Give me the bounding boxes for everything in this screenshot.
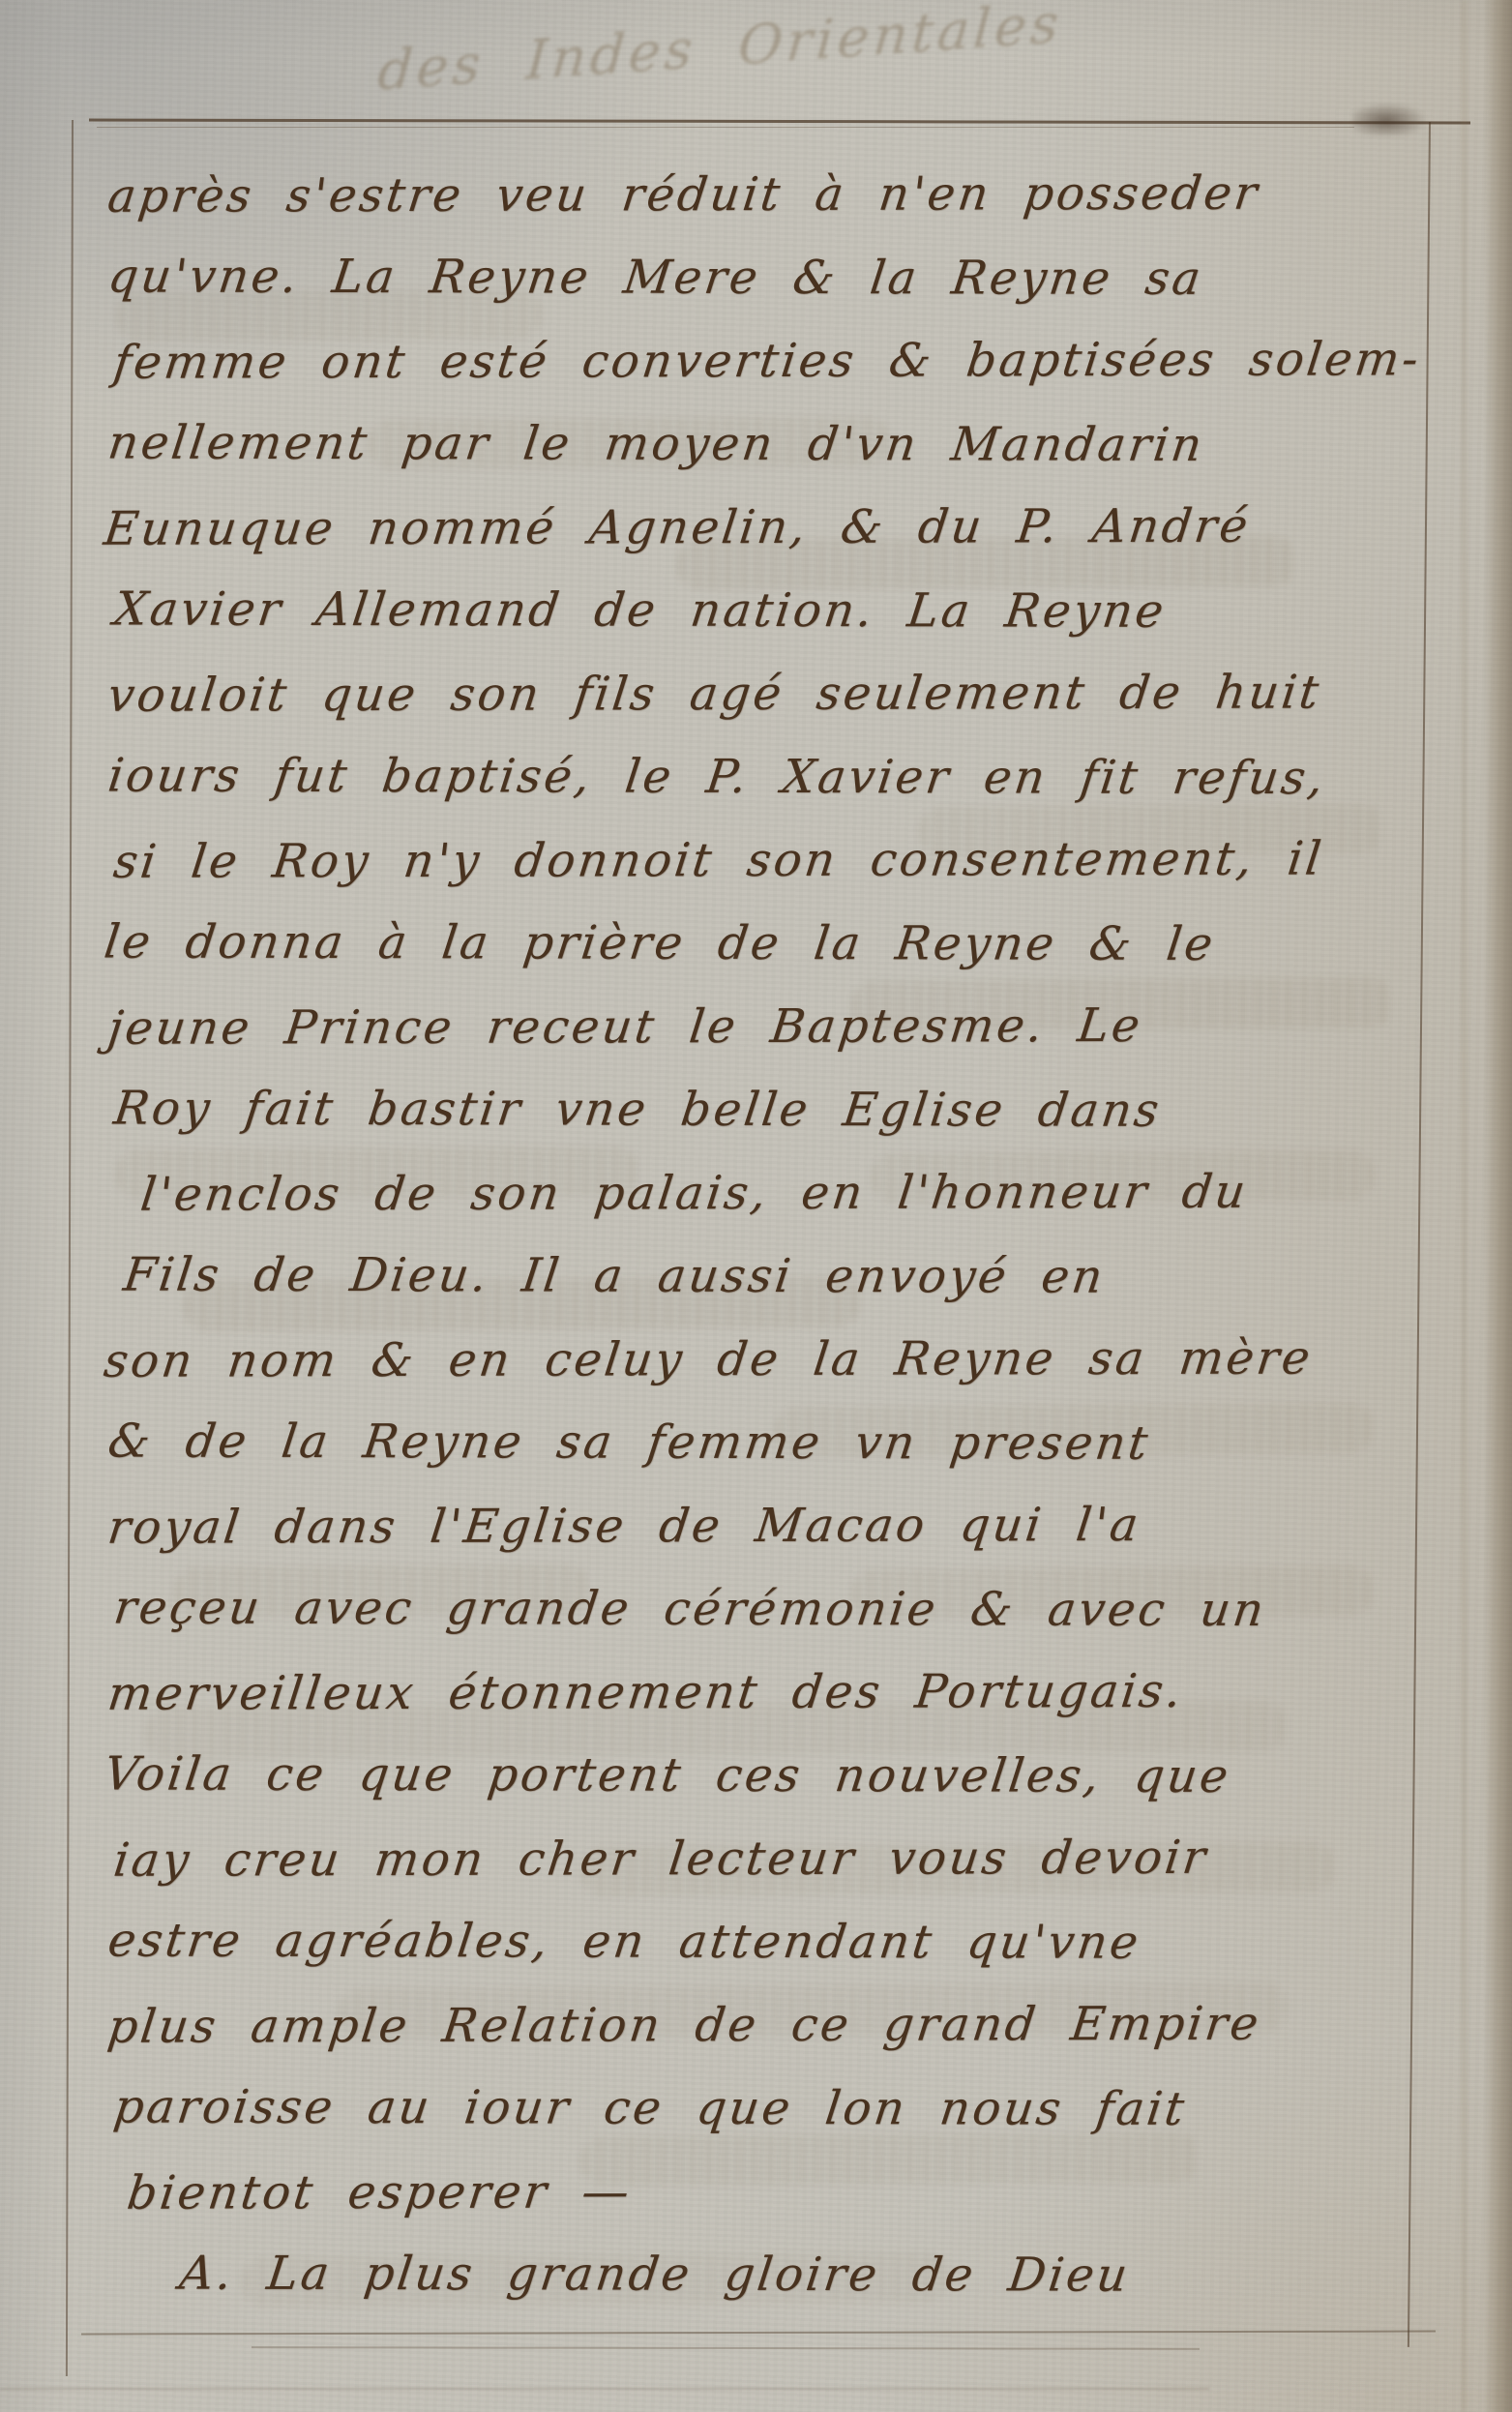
manuscript-line: le donna à la prière de la Reyne & le <box>100 901 1448 987</box>
manuscript-line: femme ont esté converties & baptisées so… <box>109 317 1449 404</box>
ink-smudge <box>1352 103 1428 135</box>
frame-border-bottom-faint <box>0 2388 1209 2390</box>
manuscript-line: Eunuque nommé Agnelin, & du P. André <box>100 484 1449 571</box>
manuscript-line: Voila ce que portent ces nouvelles, que <box>100 1733 1448 1819</box>
manuscript-line: l'enclos de son palais, en l'honneur du <box>136 1149 1449 1236</box>
frame-border-bottom-echo <box>252 2346 1200 2350</box>
manuscript-line: royal dans l'Eglise de Macao qui l'a <box>104 1482 1449 1569</box>
manuscript-line: qu'vne. La Reyne Mere & la Reyne sa <box>104 235 1448 321</box>
manuscript-line: reçeu avec grande cérémonie & avec un <box>109 1566 1448 1653</box>
manuscript-line: Fils de Dieu. Il a aussi envoyé en <box>119 1234 1448 1320</box>
manuscript-line: estre agréables, en attendant qu'vne <box>104 1899 1448 1985</box>
manuscript-line: Xavier Allemand de nation. La Reyne <box>109 568 1448 654</box>
manuscript-line: iours fut baptisé, le P. Xavier en fit r… <box>104 734 1448 820</box>
page-edge-crease <box>1463 0 1466 2412</box>
manuscript-line: Roy fait bastir vne belle Eglise dans <box>109 1067 1448 1153</box>
page-edge <box>1483 0 1512 2412</box>
manuscript-line: plus ample Relation de ce grand Empire <box>104 1981 1449 2069</box>
manuscript-line: paroisse au iour ce que lon nous fait <box>109 2066 1448 2152</box>
frame-border-left <box>66 120 74 2376</box>
manuscript-line: jeune Prince receut le Baptesme. Le <box>104 983 1449 1070</box>
manuscript-line: & de la Reyne sa femme vn present <box>104 1400 1448 1486</box>
frame-border-top <box>89 119 1470 125</box>
manuscript-line: nellement par le moyen d'vn Mandarin <box>104 402 1448 488</box>
manuscript-text: après s'estre veu réduit à n'en posseder… <box>108 153 1443 2316</box>
manuscript-line: bientot esperer — <box>123 2148 1449 2235</box>
manuscript-page: des Indes Orientales après s'estre veu r… <box>0 0 1512 2412</box>
frame-border-top-echo <box>97 127 1354 128</box>
manuscript-line: après s'estre veu réduit à n'en posseder <box>104 151 1449 238</box>
manuscript-line: A. La plus grande gloire de Dieu <box>175 2232 1448 2318</box>
manuscript-line: merveilleux étonnement des Portugais. <box>104 1649 1449 1736</box>
manuscript-line: son nom & en celuy de la Reyne sa mère <box>100 1316 1449 1403</box>
manuscript-line: iay creu mon cher lecteur vous devoir <box>109 1815 1449 1902</box>
frame-border-bottom <box>81 2331 1436 2336</box>
manuscript-line: si le Roy n'y donnoit son consentement, … <box>109 817 1449 904</box>
ghost-header-text: des Indes Orientales <box>376 0 1134 103</box>
manuscript-line: vouloit que son fils agé seulement de hu… <box>104 650 1449 737</box>
